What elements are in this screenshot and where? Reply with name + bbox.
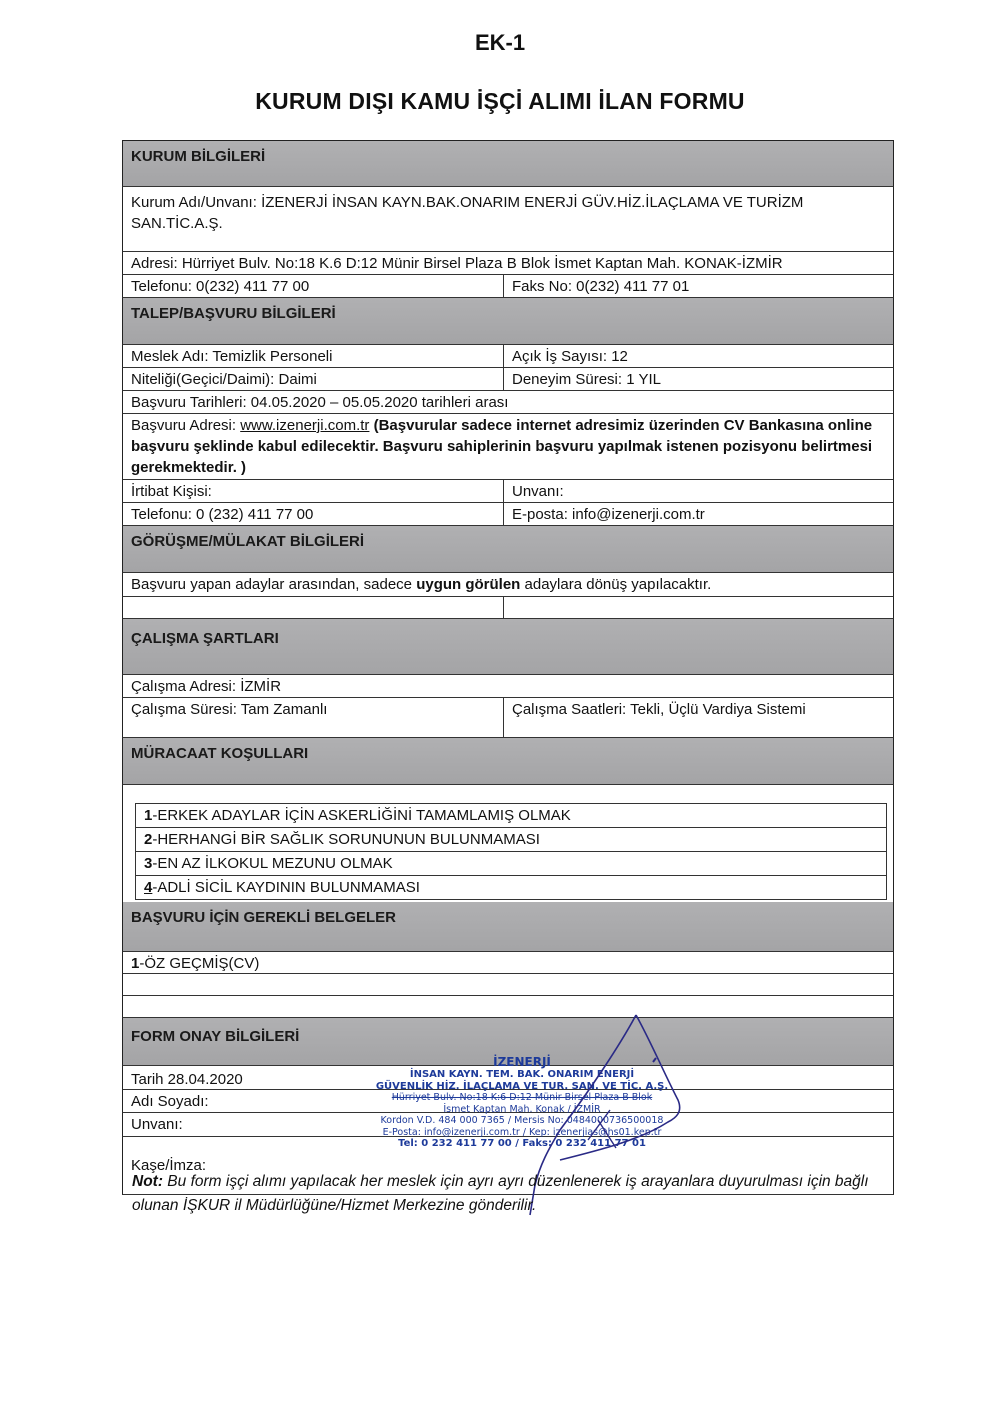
job-posting-form: KURUM BİLGİLERİ Kurum Adı/Unvanı: İZENER… <box>122 140 894 1195</box>
work-duration: Çalışma Süresi: Tam Zamanlı <box>123 698 504 737</box>
stamp-line: Hürriyet Bulv. No:18 K:6 D:12 Münir Birs… <box>352 1092 692 1104</box>
institution-address: Adresi: Hürriyet Bulv. No:18 K.6 D:12 Mü… <box>123 252 893 274</box>
annex-label: EK-1 <box>0 30 1000 56</box>
section-header-application: TALEP/BAŞVURU BİLGİLERİ <box>122 298 894 345</box>
requirement-item: 3-EN AZ İLKOKUL MEZUNU OLMAK <box>135 851 887 875</box>
stamp-line: İNSAN KAYN. TEM. BAK. ONARIM ENERJİ <box>352 1069 692 1081</box>
institution-phone: Telefonu: 0(232) 411 77 00 <box>123 275 504 297</box>
requirement-item: 4-ADLİ SİCİL KAYDININ BULUNMAMASI <box>135 875 887 900</box>
section-header-documents: BAŞVURU İÇİN GEREKLİ BELGELER <box>122 902 894 952</box>
interview-text-emphasis: uygun görülen <box>416 576 520 593</box>
contact-email: E-posta: info@izenerji.com.tr <box>504 503 893 525</box>
form-title: KURUM DIŞI KAMU İŞÇİ ALIMI İLAN FORMU <box>0 88 1000 115</box>
position-nature: Niteliği(Geçici/Daimi): Daimi <box>123 368 504 390</box>
footnote-text: Bu form işçi alımı yapılacak her meslek … <box>132 1173 869 1214</box>
contact-person: İrtibat Kişisi: <box>123 480 504 502</box>
empty-cell <box>504 597 893 618</box>
requirement-item: 1-ERKEK ADAYLAR İÇİN ASKERLİĞİNİ TAMAMLA… <box>135 803 887 827</box>
footnote-label: Not: <box>132 1173 163 1190</box>
work-address: Çalışma Adresi: İZMİR <box>123 675 893 697</box>
open-positions: Açık İş Sayısı: 12 <box>504 345 893 367</box>
work-hours: Çalışma Saatleri: Tekli, Üçlü Vardiya Si… <box>504 698 893 737</box>
experience-duration: Deneyim Süresi: 1 YIL <box>504 368 893 390</box>
contact-phone: Telefonu: 0 (232) 411 77 00 <box>123 503 504 525</box>
stamp-line: İsmet Kaptan Mah. Konak / İZMİR <box>352 1104 692 1116</box>
company-stamp: İZENERJİ İNSAN KAYN. TEM. BAK. ONARIM EN… <box>352 1055 692 1150</box>
interview-text-start: Başvuru yapan adaylar arasından, sadece <box>131 576 416 593</box>
interview-info: Başvuru yapan adaylar arasından, sadece … <box>123 573 893 596</box>
stamp-line: E-Posta: info@izenerji.com.tr / Kep: ize… <box>352 1127 692 1139</box>
stamp-line: GÜVENLİK HİZ. İLAÇLAMA VE TUR. SAN. VE T… <box>352 1081 692 1093</box>
application-website-link[interactable]: www.izenerji.com.tr <box>240 417 369 434</box>
stamp-company-name: İZENERJİ <box>352 1055 692 1069</box>
section-header-interview: GÖRÜŞME/MÜLAKAT BİLGİLERİ <box>122 526 894 573</box>
interview-text-end: adaylara dönüş yapılacaktır. <box>520 576 711 593</box>
stamp-line: Tel: 0 232 411 77 00 / Faks: 0 232 411 7… <box>352 1138 692 1150</box>
section-header-requirements: MÜRACAAT KOŞULLARI <box>122 738 894 785</box>
section-header-institution: KURUM BİLGİLERİ <box>122 140 894 187</box>
empty-cell <box>123 597 504 618</box>
application-address: Başvuru Adresi: www.izenerji.com.tr (Baş… <box>123 414 893 479</box>
occupation-name: Meslek Adı: Temizlik Personeli <box>123 345 504 367</box>
contact-title: Unvanı: <box>504 480 893 502</box>
requirement-item: 2-HERHANGİ BİR SAĞLIK SORUNUNUN BULUNMAM… <box>135 827 887 851</box>
application-dates: Başvuru Tarihleri: 04.05.2020 – 05.05.20… <box>123 391 893 413</box>
footnote: Not: Bu form işçi alımı yapılacak her me… <box>132 1170 902 1218</box>
institution-name: Kurum Adı/Unvanı: İZENERJİ İNSAN KAYN.BA… <box>123 191 893 251</box>
application-address-label: Başvuru Adresi: <box>131 417 240 434</box>
document-item: 1-ÖZ GEÇMİŞ(CV) <box>123 952 893 973</box>
empty-cell <box>123 996 893 1017</box>
stamp-line: Kordon V.D. 484 000 7365 / Mersis No: 04… <box>352 1115 692 1127</box>
empty-cell <box>123 974 893 995</box>
requirements-list: 1-ERKEK ADAYLAR İÇİN ASKERLİĞİNİ TAMAMLA… <box>122 785 894 902</box>
institution-fax: Faks No: 0(232) 411 77 01 <box>504 275 893 297</box>
section-header-working-conditions: ÇALIŞMA ŞARTLARI <box>122 619 894 675</box>
